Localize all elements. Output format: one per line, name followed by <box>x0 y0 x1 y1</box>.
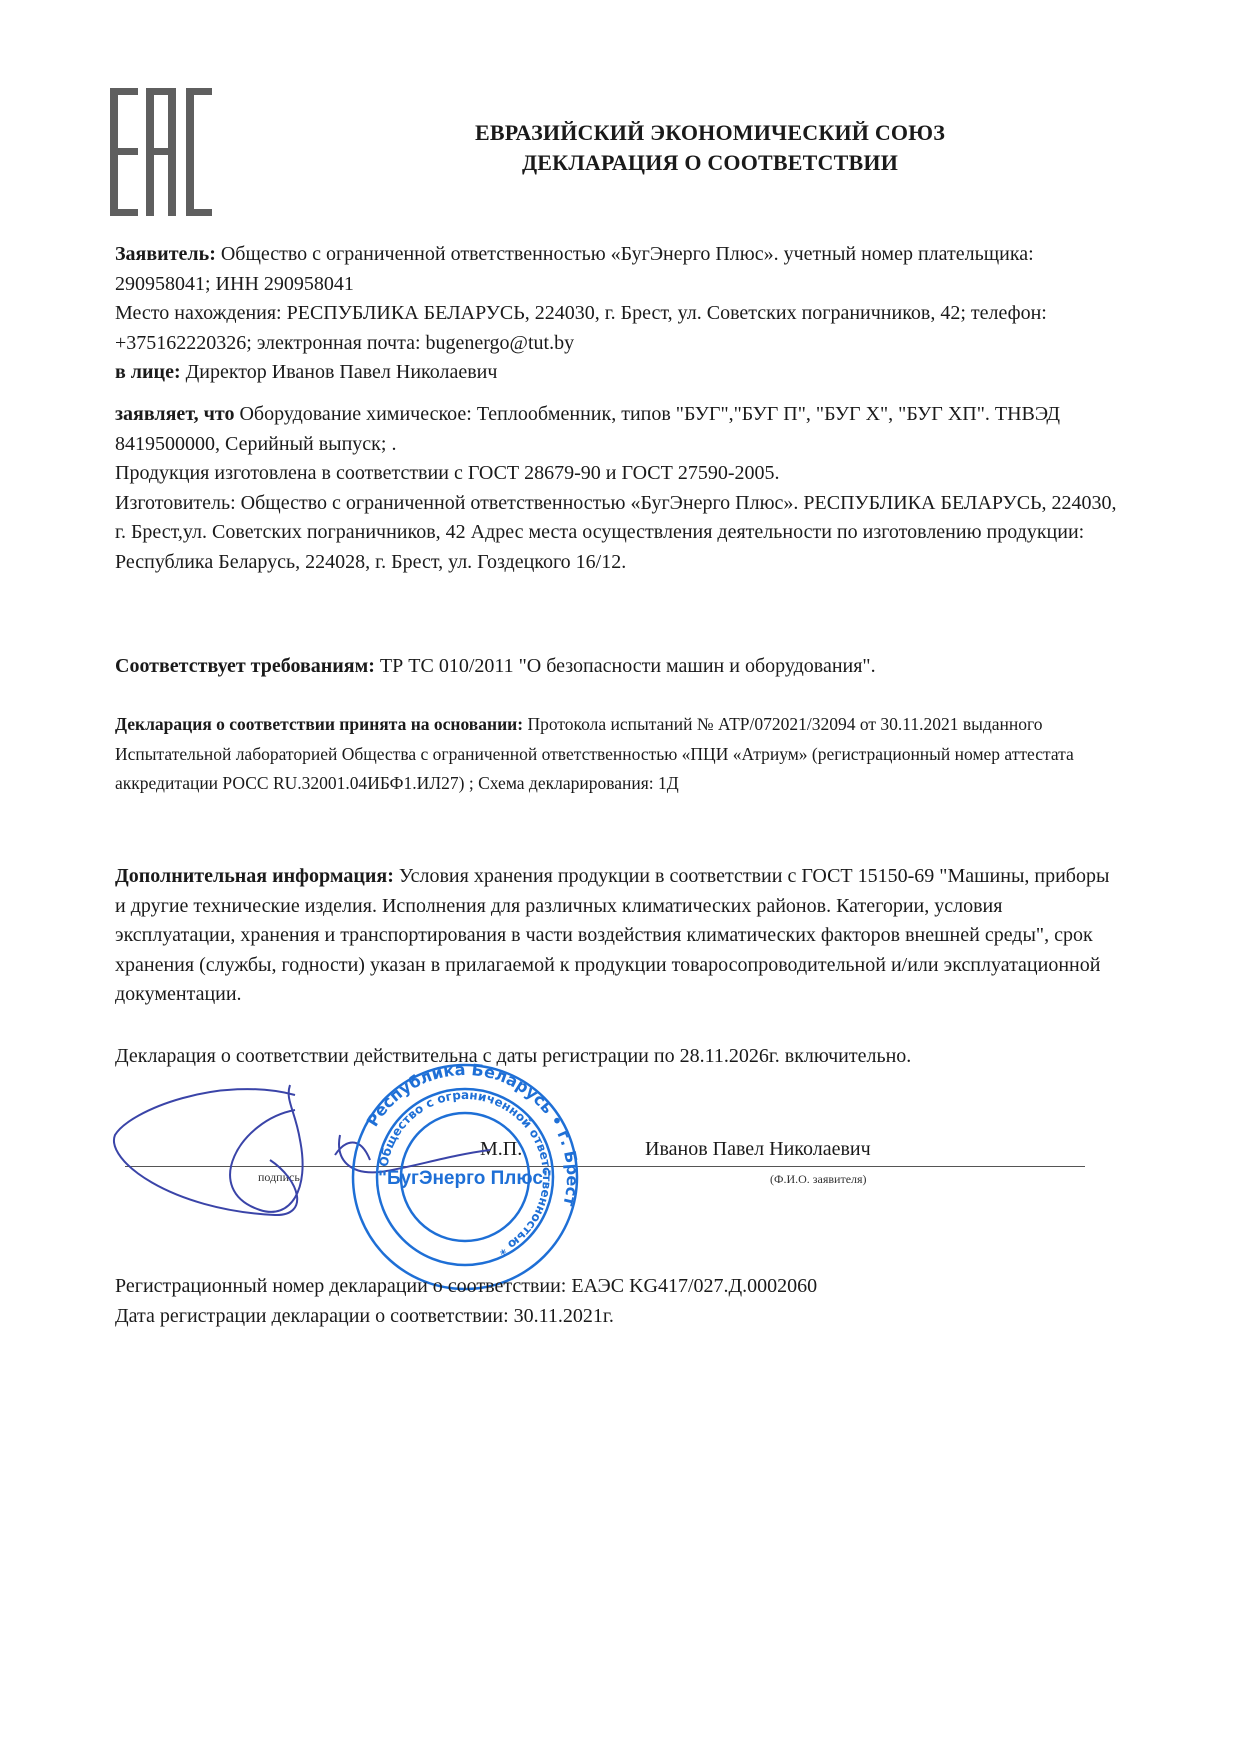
declaration-title: ДЕКЛАРАЦИЯ О СООТВЕТСТВИИ <box>340 148 1080 178</box>
applicant-location: Место нахождения: РЕСПУБЛИКА БЕЛАРУСЬ, 2… <box>115 299 1125 358</box>
union-title: ЕВРАЗИЙСКИЙ ЭКОНОМИЧЕСКИЙ СОЮЗ <box>340 118 1080 148</box>
applicant-paragraph: Заявитель: Общество с ограниченной ответ… <box>115 240 1125 299</box>
company-stamp: Республика Беларусь • г. Брест Общество … <box>345 1062 585 1292</box>
eac-logo <box>110 88 230 216</box>
additional-label: Дополнительная информация: <box>115 865 394 887</box>
person-text: Директор Иванов Павел Николаевич <box>181 361 498 383</box>
standards-text: Продукция изготовлена в соответствии с Г… <box>115 459 1125 489</box>
declares-text: Оборудование химическое: Теплообменник, … <box>115 403 1060 455</box>
applicant-person: в лице: Директор Иванов Павел Николаевич <box>115 358 1125 388</box>
compliance-text: ТР ТС 010/2011 "О безопасности машин и о… <box>375 655 876 677</box>
validity-text: Декларация о соответствии действительна … <box>115 1042 1125 1072</box>
basis-section: Декларация о соответствии принята на осн… <box>115 710 1125 799</box>
declares-paragraph: заявляет, что Оборудование химическое: Т… <box>115 400 1125 459</box>
applicant-section: Заявитель: Общество с ограниченной ответ… <box>115 240 1125 388</box>
basis-label: Декларация о соответствии принята на осн… <box>115 714 523 734</box>
registration-section: Регистрационный номер декларации о соотв… <box>115 1272 1125 1331</box>
declares-label: заявляет, что <box>115 403 234 425</box>
stamp-center-text: "БугЭнерго Плюс" <box>378 1168 552 1189</box>
document-header: ЕВРАЗИЙСКИЙ ЭКОНОМИЧЕСКИЙ СОЮЗ ДЕКЛАРАЦИ… <box>340 118 1080 178</box>
compliance-section: Соответствует требованиям: ТР ТС 010/201… <box>115 652 1125 682</box>
declares-section: заявляет, что Оборудование химическое: Т… <box>115 400 1125 577</box>
registration-number: Регистрационный номер декларации о соотв… <box>115 1272 1125 1302</box>
applicant-name: Иванов Павел Николаевич <box>645 1138 871 1161</box>
applicant-label: Заявитель: <box>115 243 216 265</box>
additional-info-section: Дополнительная информация: Условия хране… <box>115 862 1125 1010</box>
person-label: в лице: <box>115 361 181 383</box>
applicant-text: Общество с ограниченной ответственностью… <box>115 243 1034 295</box>
manufacturer-text: Изготовитель: Общество с ограниченной от… <box>115 489 1125 578</box>
registration-date: Дата регистрации декларации о соответств… <box>115 1302 1125 1332</box>
name-caption: (Ф.И.О. заявителя) <box>770 1172 867 1187</box>
compliance-label: Соответствует требованиям: <box>115 655 375 677</box>
